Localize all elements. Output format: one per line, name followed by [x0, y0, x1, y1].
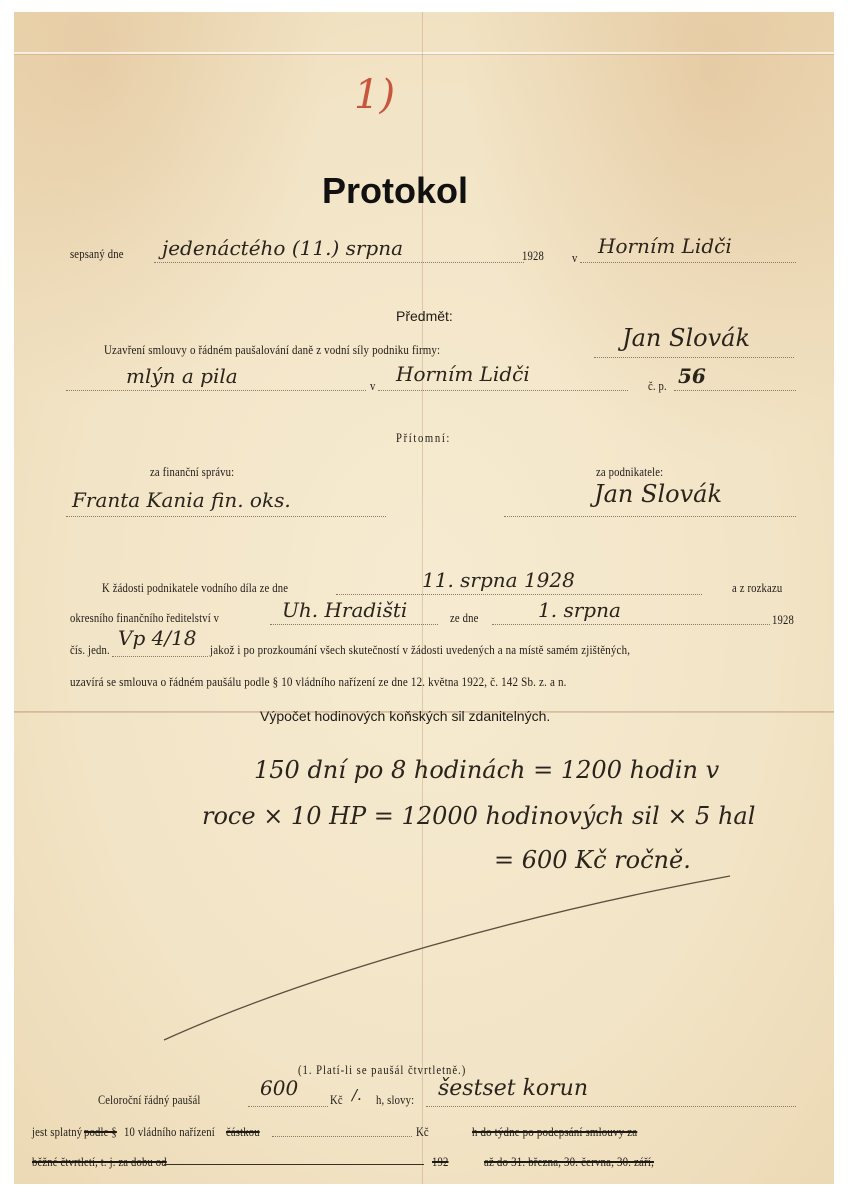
payment-line3-b: až do 31. března, 30. června, 30. září,	[484, 1154, 654, 1170]
payment-kc: Kč	[330, 1092, 343, 1108]
strike-line	[164, 1164, 424, 1165]
payment-line2-kc: Kč	[416, 1124, 429, 1140]
payment-line1-a: Celoroční řádný paušál	[98, 1092, 200, 1108]
cancellation-line	[14, 12, 834, 1184]
payment-line2-c: h do týdne po podepsání smlouvy za	[472, 1124, 637, 1140]
payment-line2-b: 10 vládního nařízení	[124, 1124, 215, 1140]
payment-slash: /.	[352, 1086, 362, 1104]
dotted-line	[248, 1106, 328, 1107]
payment-line2-castkou: částkou	[226, 1124, 260, 1140]
payment-h-slovy: h, slovy:	[376, 1092, 414, 1108]
dotted-line	[426, 1106, 796, 1107]
handwritten-amount-words: šestset korun	[438, 1076, 588, 1101]
handwritten-amount: 600	[260, 1076, 298, 1100]
payment-line2-a: jest splatný	[32, 1124, 82, 1140]
payment-line3-year: 192	[432, 1154, 448, 1170]
payment-line3-a: běžné čtvrtletí, t. j. za dobu od	[32, 1154, 167, 1170]
document-page: 1) Protokol sepsaný dne jedenáctého (11.…	[14, 12, 834, 1184]
payment-line2-podle: podle §	[84, 1124, 117, 1140]
dotted-line	[272, 1136, 412, 1137]
